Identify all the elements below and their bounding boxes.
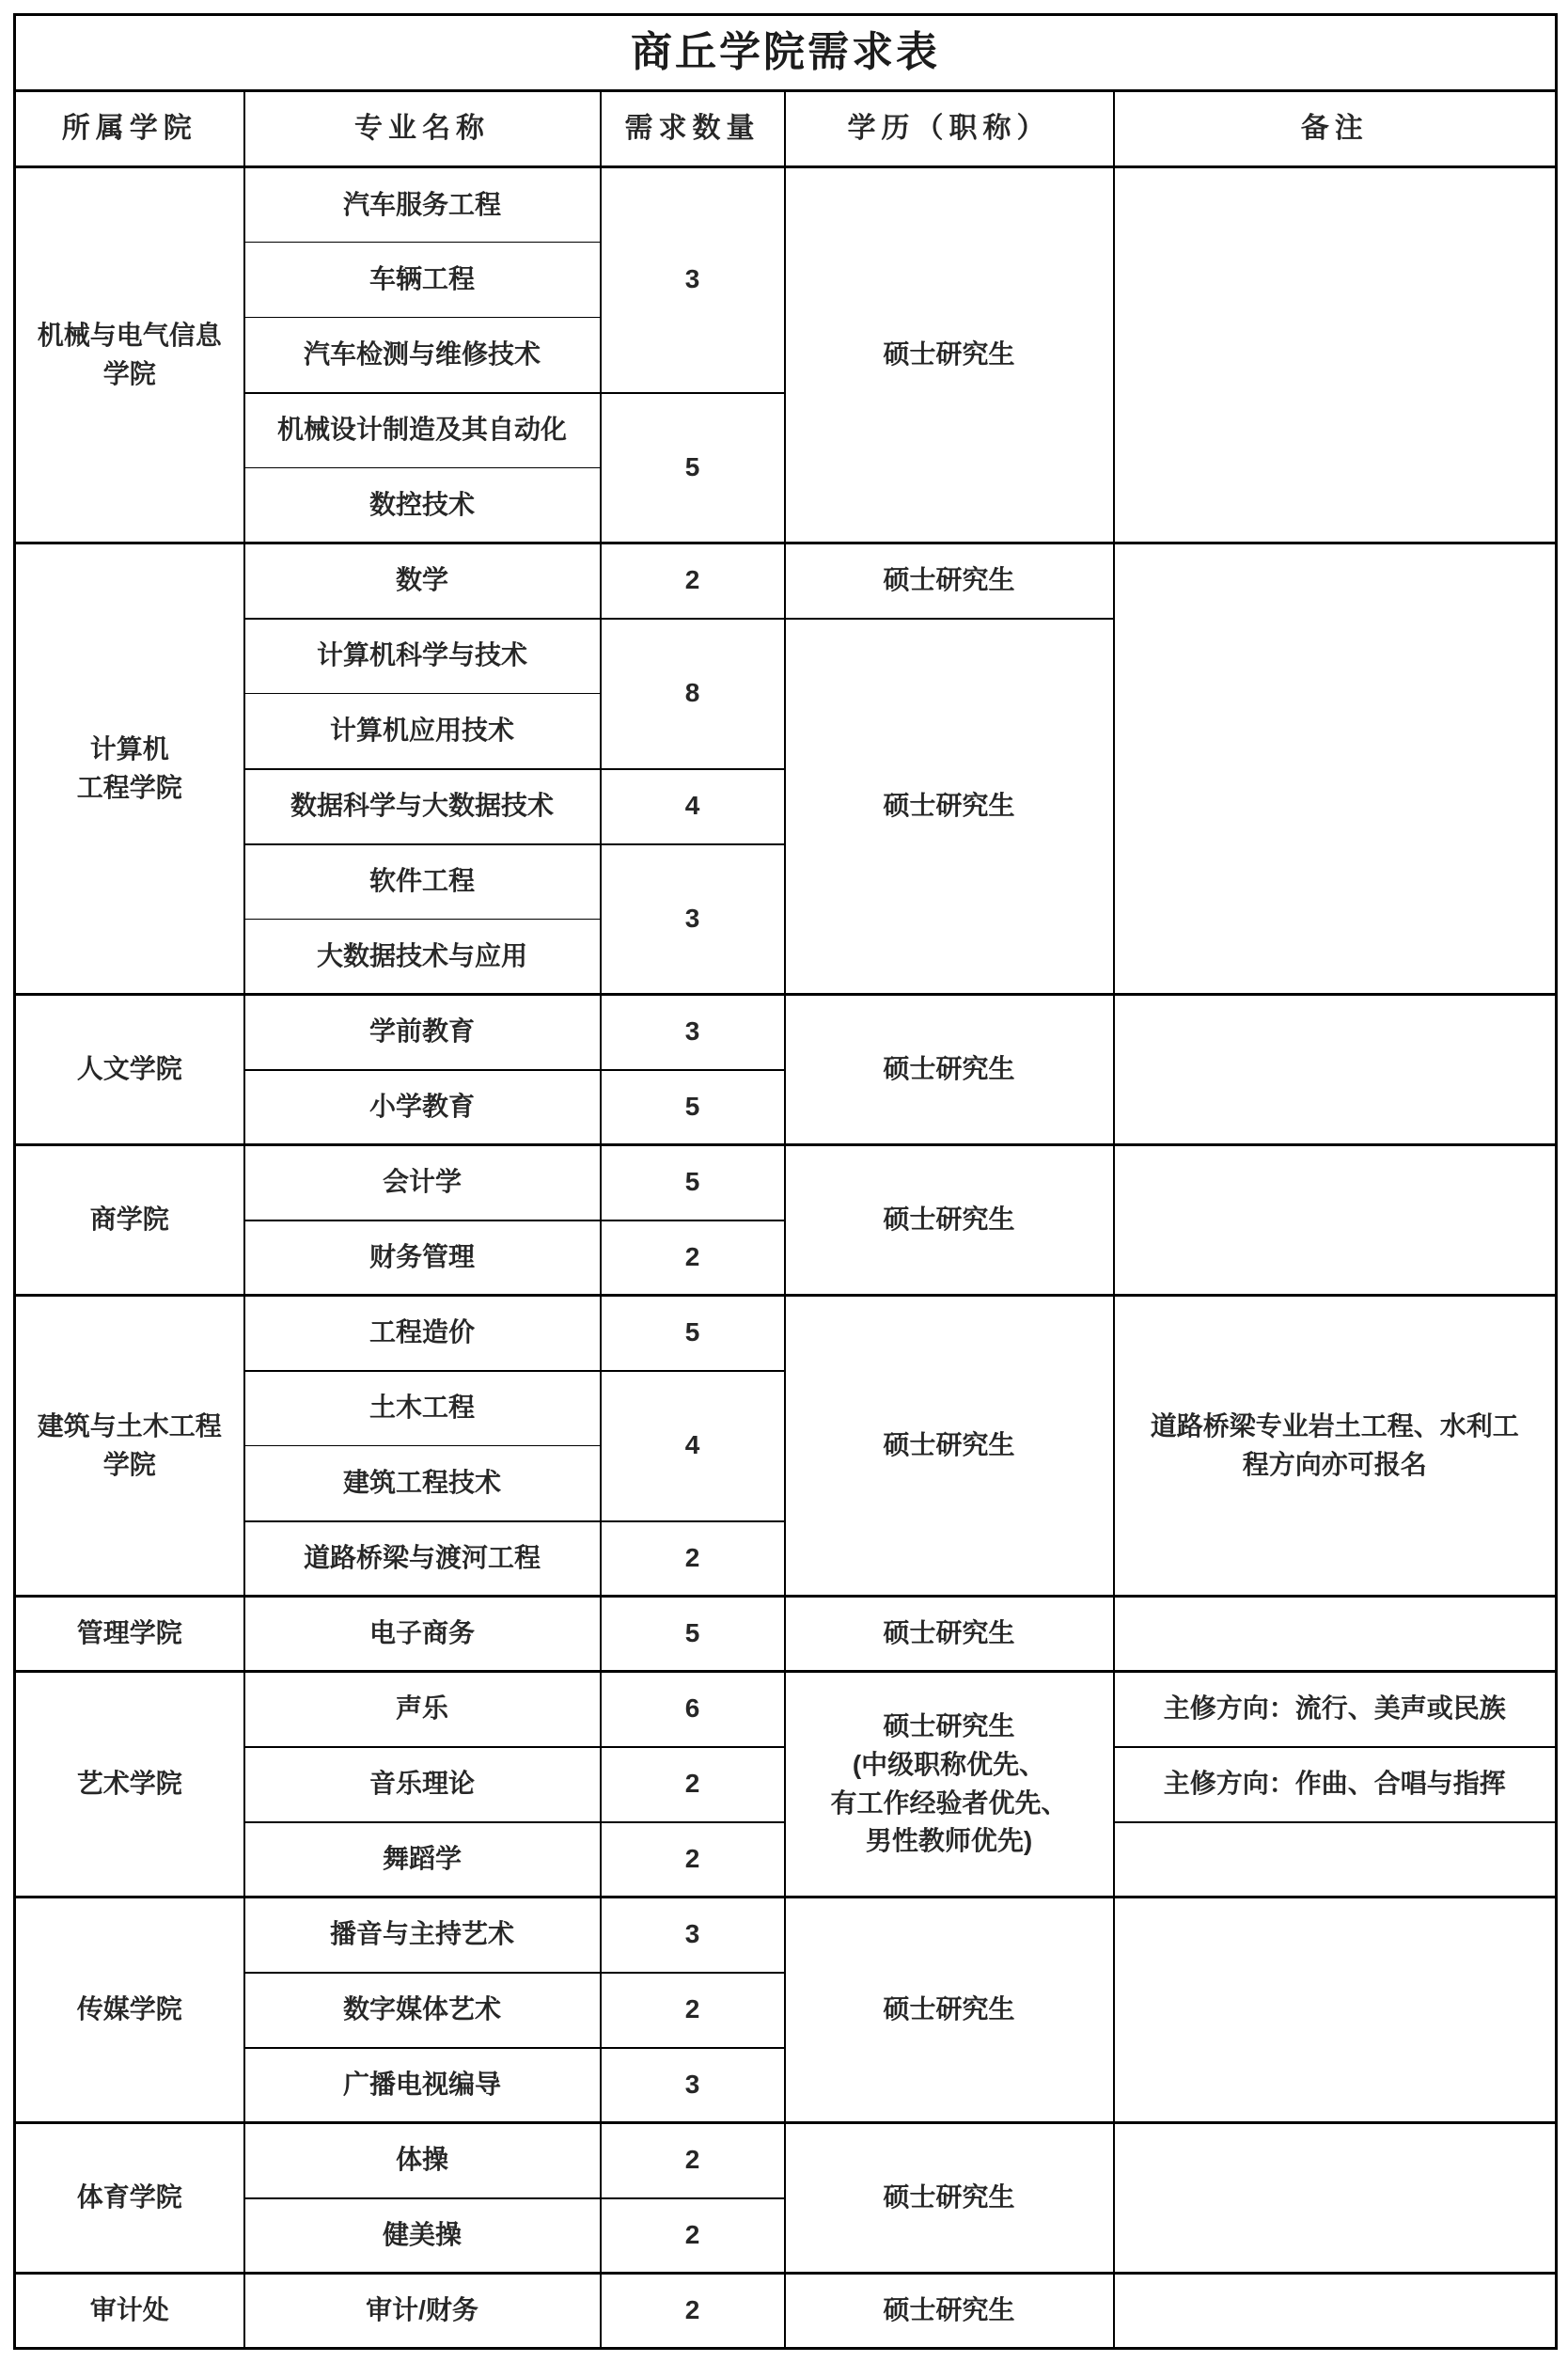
qty-cell: 8	[601, 619, 785, 769]
remark-cell	[1114, 2123, 1557, 2274]
qty-cell: 2	[601, 1220, 785, 1296]
remark-cell	[1114, 1145, 1557, 1296]
major-cell: 汽车服务工程	[244, 167, 601, 243]
table-row: 传媒学院 播音与主持艺术 3 硕士研究生	[15, 1897, 1557, 1973]
table-row: 机械与电气信息 学院 汽车服务工程 3 硕士研究生	[15, 167, 1557, 243]
degree-cell: 硕士研究生	[785, 2123, 1114, 2274]
degree-cell: 硕士研究生	[785, 167, 1114, 543]
degree-cell: 硕士研究生	[785, 2274, 1114, 2349]
table-header-row: 所属学院 专业名称 需求数量 学历（职称） 备注	[15, 91, 1557, 167]
major-cell: 土木工程	[244, 1371, 601, 1446]
college-cell: 传媒学院	[15, 1897, 244, 2123]
major-cell: 建筑工程技术	[244, 1446, 601, 1521]
demand-table: 商丘学院需求表 所属学院 专业名称 需求数量 学历（职称） 备注 机械与电气信息…	[13, 13, 1558, 2350]
table-row: 体育学院 体操 2 硕士研究生	[15, 2123, 1557, 2198]
remark-cell: 主修方向：作曲、合唱与指挥	[1114, 1747, 1557, 1822]
qty-cell: 3	[601, 2048, 785, 2123]
college-cell: 艺术学院	[15, 1672, 244, 1897]
major-cell: 声乐	[244, 1672, 601, 1747]
remark-cell	[1114, 1822, 1557, 1897]
remark-cell: 主修方向：流行、美声或民族	[1114, 1672, 1557, 1747]
remark-cell	[1114, 1897, 1557, 2123]
major-cell: 计算机应用技术	[244, 694, 601, 769]
major-cell: 健美操	[244, 2198, 601, 2274]
major-cell: 小学教育	[244, 1070, 601, 1145]
qty-cell: 2	[601, 543, 785, 619]
college-cell: 审计处	[15, 2274, 244, 2349]
college-cell: 管理学院	[15, 1597, 244, 1672]
remark-cell	[1114, 995, 1557, 1145]
remark-cell: 道路桥梁专业岩土工程、水利工 程方向亦可报名	[1114, 1296, 1557, 1597]
major-cell: 机械设计制造及其自动化	[244, 393, 601, 468]
remark-cell	[1114, 167, 1557, 543]
degree-cell: 硕士研究生	[785, 1597, 1114, 1672]
college-cell: 商学院	[15, 1145, 244, 1296]
major-cell: 车辆工程	[244, 243, 601, 318]
qty-cell: 2	[601, 2198, 785, 2274]
major-cell: 审计/财务	[244, 2274, 601, 2349]
major-cell: 数学	[244, 543, 601, 619]
qty-cell: 3	[601, 167, 785, 393]
qty-cell: 2	[601, 1747, 785, 1822]
qty-cell: 5	[601, 393, 785, 543]
degree-cell: 硕士研究生	[785, 995, 1114, 1145]
major-cell: 舞蹈学	[244, 1822, 601, 1897]
degree-cell: 硕士研究生	[785, 543, 1114, 619]
degree-cell: 硕士研究生	[785, 1145, 1114, 1296]
qty-cell: 6	[601, 1672, 785, 1747]
degree-cell: 硕士研究生	[785, 1296, 1114, 1597]
major-cell: 财务管理	[244, 1220, 601, 1296]
major-cell: 学前教育	[244, 995, 601, 1070]
qty-cell: 2	[601, 2274, 785, 2349]
table-title: 商丘学院需求表	[15, 15, 1557, 91]
qty-cell: 2	[601, 1822, 785, 1897]
college-cell: 机械与电气信息 学院	[15, 167, 244, 543]
major-cell: 数据科学与大数据技术	[244, 769, 601, 844]
qty-cell: 5	[601, 1597, 785, 1672]
college-cell: 人文学院	[15, 995, 244, 1145]
qty-cell: 3	[601, 995, 785, 1070]
table-row: 建筑与土木工程 学院 工程造价 5 硕士研究生 道路桥梁专业岩土工程、水利工 程…	[15, 1296, 1557, 1371]
qty-cell: 3	[601, 1897, 785, 1973]
major-cell: 播音与主持艺术	[244, 1897, 601, 1973]
col-header-remark: 备注	[1114, 91, 1557, 167]
degree-cell: 硕士研究生	[785, 619, 1114, 995]
major-cell: 软件工程	[244, 844, 601, 920]
table-row: 管理学院 电子商务 5 硕士研究生	[15, 1597, 1557, 1672]
degree-cell: 硕士研究生 (中级职称优先、 有工作经验者优先、 男性教师优先)	[785, 1672, 1114, 1897]
qty-cell: 5	[601, 1296, 785, 1371]
qty-cell: 5	[601, 1070, 785, 1145]
qty-cell: 2	[601, 1521, 785, 1597]
major-cell: 道路桥梁与渡河工程	[244, 1521, 601, 1597]
table-row: 人文学院 学前教育 3 硕士研究生	[15, 995, 1557, 1070]
remark-cell	[1114, 1597, 1557, 1672]
major-cell: 体操	[244, 2123, 601, 2198]
major-cell: 数字媒体艺术	[244, 1973, 601, 2048]
major-cell: 汽车检测与维修技术	[244, 318, 601, 393]
table-title-row: 商丘学院需求表	[15, 15, 1557, 91]
table-row: 计算机 工程学院 数学 2 硕士研究生	[15, 543, 1557, 619]
college-cell: 计算机 工程学院	[15, 543, 244, 995]
remark-cell	[1114, 543, 1557, 995]
remark-cell	[1114, 2274, 1557, 2349]
major-cell: 音乐理论	[244, 1747, 601, 1822]
qty-cell: 2	[601, 2123, 785, 2198]
qty-cell: 4	[601, 769, 785, 844]
table-row: 审计处 审计/财务 2 硕士研究生	[15, 2274, 1557, 2349]
qty-cell: 3	[601, 844, 785, 995]
table-row: 艺术学院 声乐 6 硕士研究生 (中级职称优先、 有工作经验者优先、 男性教师优…	[15, 1672, 1557, 1747]
major-cell: 广播电视编导	[244, 2048, 601, 2123]
college-cell: 体育学院	[15, 2123, 244, 2274]
degree-cell: 硕士研究生	[785, 1897, 1114, 2123]
col-header-quantity: 需求数量	[601, 91, 785, 167]
major-cell: 会计学	[244, 1145, 601, 1220]
col-header-college: 所属学院	[15, 91, 244, 167]
college-cell: 建筑与土木工程 学院	[15, 1296, 244, 1597]
document-page: 商丘学院需求表 所属学院 专业名称 需求数量 学历（职称） 备注 机械与电气信息…	[0, 0, 1568, 2362]
major-cell: 电子商务	[244, 1597, 601, 1672]
col-header-major: 专业名称	[244, 91, 601, 167]
major-cell: 工程造价	[244, 1296, 601, 1371]
qty-cell: 5	[601, 1145, 785, 1220]
qty-cell: 4	[601, 1371, 785, 1521]
major-cell: 数控技术	[244, 468, 601, 543]
col-header-degree: 学历（职称）	[785, 91, 1114, 167]
major-cell: 大数据技术与应用	[244, 920, 601, 995]
qty-cell: 2	[601, 1973, 785, 2048]
major-cell: 计算机科学与技术	[244, 619, 601, 694]
table-row: 商学院 会计学 5 硕士研究生	[15, 1145, 1557, 1220]
